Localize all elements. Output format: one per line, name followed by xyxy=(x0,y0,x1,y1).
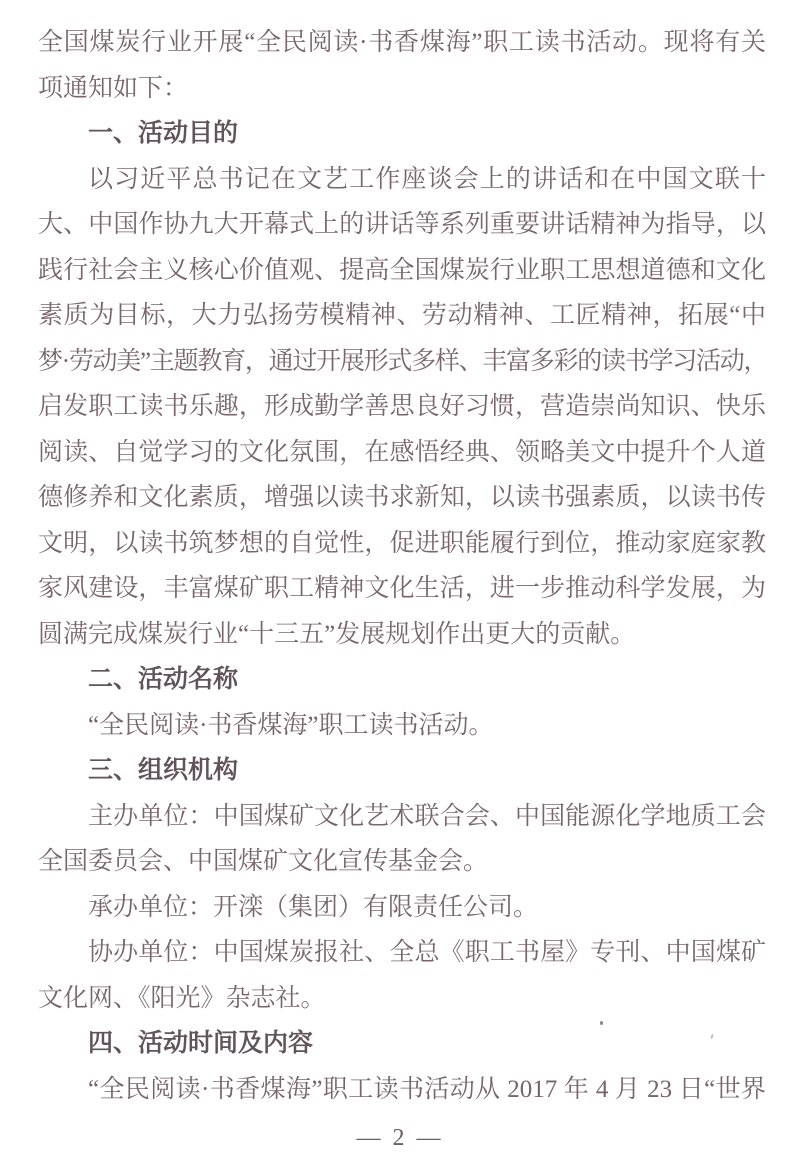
document-line: 圆满完成煤炭行业“十三五”发展规划作出更大的贡献。 xyxy=(38,612,766,658)
document-line: 全国煤炭行业开展“全民阅读·书香煤海”职工读书活动。现将有关事 xyxy=(38,20,766,66)
document-line: “全民阅读·书香煤海”职工读书活动从 2017 年 4 月 23 日“世界读 xyxy=(38,1067,766,1113)
scan-speckle xyxy=(600,1021,603,1025)
page-number: — 2 — xyxy=(0,1122,800,1154)
document-line: 主办单位：中国煤矿文化艺术联合会、中国能源化学地质工会 xyxy=(38,794,766,840)
document-body: 全国煤炭行业开展“全民阅读·书香煤海”职工读书活动。现将有关事项通知如下：一、活… xyxy=(38,20,766,1112)
document-line: 文化网、《阳光》杂志社。 xyxy=(38,976,766,1022)
document-line: 梦·劳动美”主题教育，通过开展形式多样、丰富多彩的读书学习活动， xyxy=(38,339,766,385)
document-line: 协办单位：中国煤炭报社、全总《职工书屋》专刊、中国煤矿 xyxy=(38,930,766,976)
document-line: 家风建设，丰富煤矿职工精神文化生活，进一步推动科学发展，为 xyxy=(38,566,766,612)
document-line: “全民阅读·书香煤海”职工读书活动。 xyxy=(38,703,766,749)
document-page: 全国煤炭行业开展“全民阅读·书香煤海”职工读书活动。现将有关事项通知如下：一、活… xyxy=(0,0,800,1162)
document-line: 项通知如下： xyxy=(38,66,766,112)
section-heading: 二、活动名称 xyxy=(38,657,766,703)
document-line: 践行社会主义核心价值观、提高全国煤炭行业职工思想道德和文化 xyxy=(38,248,766,294)
document-line: 承办单位：开滦（集团）有限责任公司。 xyxy=(38,885,766,931)
section-heading: 四、活动时间及内容 xyxy=(38,1021,766,1067)
document-line: 德修养和文化素质，增强以读书求新知，以读书强素质，以读书传 xyxy=(38,475,766,521)
document-line: 大、中国作协九大开幕式上的讲话等系列重要讲话精神为指导，以 xyxy=(38,202,766,248)
section-heading: 三、组织机构 xyxy=(38,748,766,794)
document-line: 素质为目标，大力弘扬劳模精神、劳动精神、工匠精神，拓展“中国 xyxy=(38,293,766,339)
document-line: 文明，以读书筑梦想的自觉性，促进职能履行到位，推动家庭家教 xyxy=(38,521,766,567)
document-line: 全国委员会、中国煤矿文化宣传基金会。 xyxy=(38,839,766,885)
section-heading: 一、活动目的 xyxy=(38,111,766,157)
document-line: 阅读、自觉学习的文化氛围，在感悟经典、领略美文中提升个人道 xyxy=(38,430,766,476)
document-line: 以习近平总书记在文艺工作座谈会上的讲话和在中国文联十 xyxy=(38,157,766,203)
document-line: 启发职工读书乐趣，形成勤学善思良好习惯，营造崇尚知识、快乐 xyxy=(38,384,766,430)
